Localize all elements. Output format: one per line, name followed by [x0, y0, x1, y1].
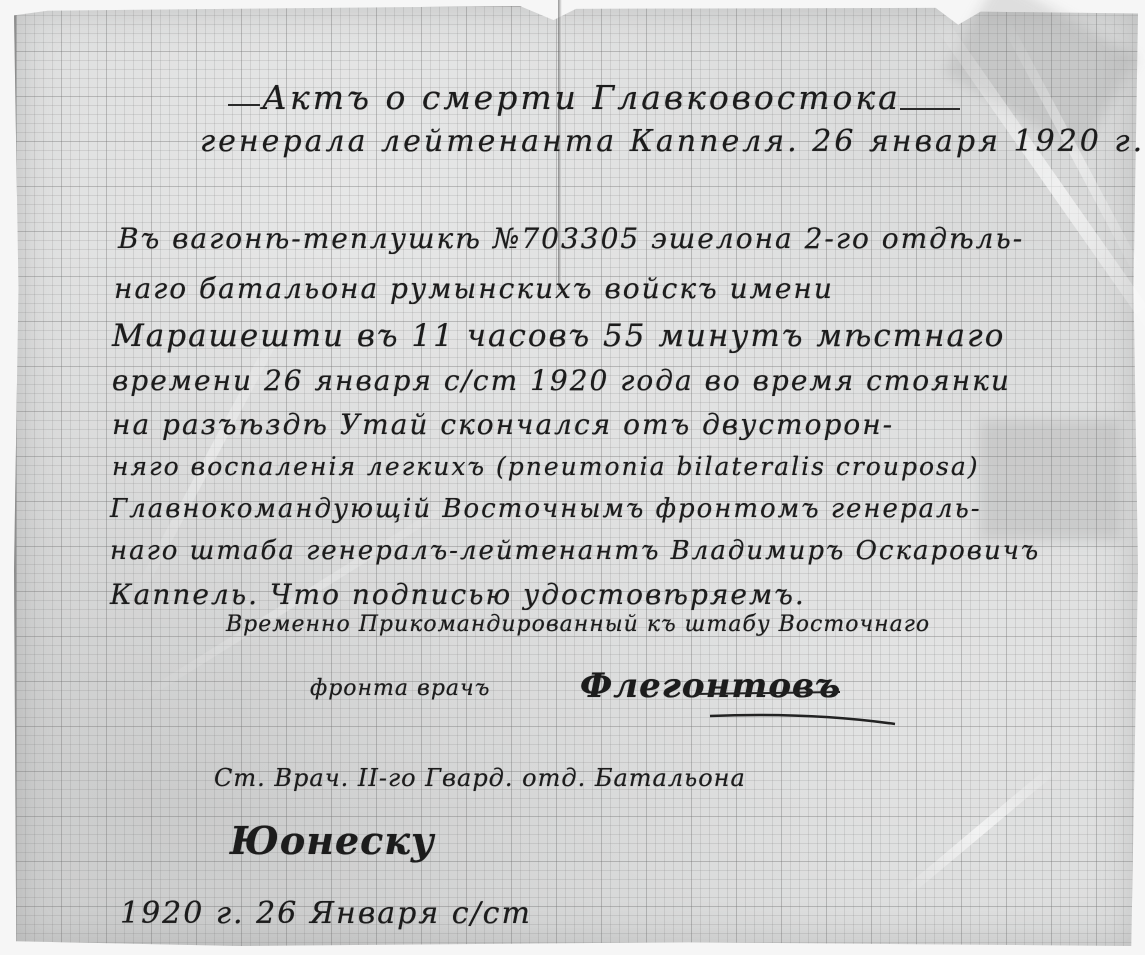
body-line-5: на разъѣздѣ Утай скончался отъ двусторон… [112, 408, 894, 441]
body-line-6: няго воспаленія легкихъ (pneumonia bilat… [112, 452, 980, 481]
document-scan: Актъ о смерти Главковостока генерала лей… [0, 0, 1145, 955]
body-line-3: Марашешти въ 11 часовъ 55 минутъ мѣстнаг… [112, 318, 1005, 354]
body-line-7: Главнокомандующій Восточнымъ фронтомъ ге… [110, 494, 982, 524]
paper-shadow [980, 420, 1120, 540]
body-line-4: времени 26 января с/ст 1920 года во врем… [112, 364, 1011, 397]
title-dash-left [228, 104, 260, 106]
date-line: 1920 г. 26 Января с/ст [120, 896, 532, 931]
document-title-line-1: Актъ о смерти Главковостока [262, 78, 901, 117]
doctor-role-line-2: фронта врачъ [310, 676, 490, 701]
body-line-1: Въ вагонѣ-теплушкѣ №703305 эшелона 2-го … [118, 222, 1024, 255]
title-dash-right [900, 108, 960, 110]
signature-flourish-icon [690, 688, 900, 728]
body-line-9: Каппель. Что подписью удостовѣряемъ. [110, 578, 806, 611]
doctor-role-line-1: Временно Прикомандированный къ штабу Вос… [226, 612, 930, 637]
senior-doctor-signature: Юонеску [230, 818, 435, 863]
body-line-2: наго батальона румынскихъ войскъ имени [114, 272, 834, 305]
body-line-8: наго штаба генералъ-лейтенантъ Владимиръ… [110, 536, 1040, 566]
senior-doctor-role: Ст. Врач. II-го Гвард. отд. Батальона [214, 764, 746, 792]
document-title-line-2: генерала лейтенанта Каппеля. 26 января 1… [200, 124, 1145, 159]
